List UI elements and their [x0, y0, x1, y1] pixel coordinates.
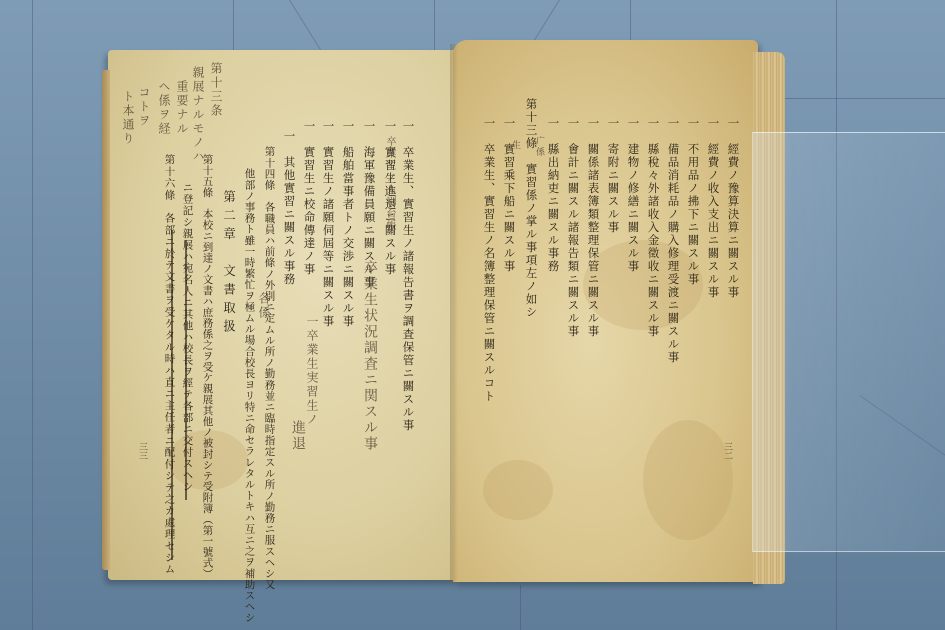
handwritten-note: ヘ係ヲ経	[156, 80, 173, 136]
handwritten-note: 生	[509, 140, 522, 151]
text-column: 一 船舶當事者トノ交渉ニ關スル事	[342, 120, 354, 328]
paper-stain	[483, 460, 553, 520]
text-column: 一 卒業生、實習生ノ名簿整理保管ニ關スルコト	[483, 117, 495, 403]
handwritten-note: 卒業生状況調査ニ関スル事	[360, 260, 380, 452]
text-column: 一 不用品ノ拂下ニ關スル事	[687, 117, 699, 286]
paper-stain	[643, 420, 733, 540]
text-column: 第十六條 各部ニ於テ文書ヲ受ケタル時ハ直ニ主任者ニ配付シテ之カ處理セシム	[164, 154, 175, 575]
text-column: 一 寄附ニ關スル事	[607, 117, 619, 234]
handwritten-note: 一卒業生実習生ノ	[304, 315, 321, 427]
mat-gridline	[785, 98, 945, 99]
handwritten-note: 各係	[256, 292, 273, 320]
text-column: 第十五條 本校ニ到達ノ文書ハ庶務係之ヲ受ケ親展其他ノ被封シテ受附簿（第一號式）	[202, 154, 213, 579]
text-column: 一 備品消耗品ノ購入修理受渡ニ關スル事	[667, 117, 679, 364]
chapter-heading: 第二章 文書取扱	[222, 190, 235, 338]
page-number: 三二	[721, 442, 734, 460]
book-spine	[450, 44, 460, 584]
text-column: 一 縣出納吏ニ關スル事務	[547, 117, 559, 273]
handwritten-note: ト本通り	[120, 90, 137, 146]
text-column: 一 卒業生、實習生ノ諸報告書ヲ調査保管ニ關スル事	[402, 120, 414, 432]
paper-stain	[583, 240, 703, 330]
open-book: 第十三条 親展ナルモノハ 重要ナル ヘ係ヲ経 コトヲ ト本通り 一 卒業生、實習…	[108, 40, 788, 585]
right-page: 一 經費ノ豫算決算ニ關スル事 一 經費ノ收入支出ニ關スル事 一 不用品ノ拂下ニ關…	[453, 40, 758, 582]
glass-plate	[752, 132, 945, 552]
handwritten-note: 親展ナルモノハ	[190, 66, 207, 164]
handwritten-note: コトヲ	[136, 86, 153, 128]
handwritten-note: 第十三条	[208, 62, 225, 118]
text-column: 一 會計ニ關スル諸報告類ニ關スル事	[567, 117, 579, 338]
text-column: 一 實習生ニ校命傳達ノ事	[303, 120, 315, 276]
text-column: ニ登記シ親展ハ宛名人ニ其他ハ校長ヲ經テ各部ニ交付スヘシ	[182, 182, 193, 493]
mat-gridline	[520, 585, 521, 630]
text-column: 一 經費ノ收入支出ニ關スル事	[707, 117, 719, 299]
left-page: 第十三条 親展ナルモノハ 重要ナル ヘ係ヲ経 コトヲ ト本通り 一 卒業生、實習…	[108, 50, 458, 580]
handwritten-note: 重要ナル	[174, 80, 191, 136]
page-number: 三三	[136, 442, 149, 460]
article-heading: 第十三條 實習係ノ掌ル事項左ノ如シ	[525, 98, 537, 319]
handwritten-note: 广係	[533, 136, 546, 158]
text-column: 一 經費ノ豫算決算ニ關スル事	[727, 117, 739, 299]
text-column: 一 實習生ノ諸願伺屆等ニ關スル事	[322, 120, 334, 328]
text-column: 一 關係諸表簿類整理保管ニ關スル事	[587, 117, 599, 338]
text-column: 一 縣稅々外諸收入金徵收ニ關スル事	[647, 117, 659, 338]
handwritten-note: 卒業生ノ人別台帳	[382, 136, 397, 232]
handwritten-note: 進退	[288, 420, 308, 452]
text-column: 一 建物ノ修繕ニ關スル事	[627, 117, 639, 273]
text-column: 第十四條 各職員ハ前條ノ外別ニ定ムル所ノ勤務並ニ臨時指定スル所ノ勤務ニ服スヘシ又	[264, 146, 275, 590]
mat-gridline	[32, 0, 33, 630]
text-column: 他部ノ事務ト雖一時繁忙ヲ極ムル場合校長ヨリ特ニ命セラレタルトキハ互ニ之ヲ補助スヘ…	[244, 168, 255, 623]
text-column: 一 其他實習ニ關スル事務	[283, 130, 295, 286]
